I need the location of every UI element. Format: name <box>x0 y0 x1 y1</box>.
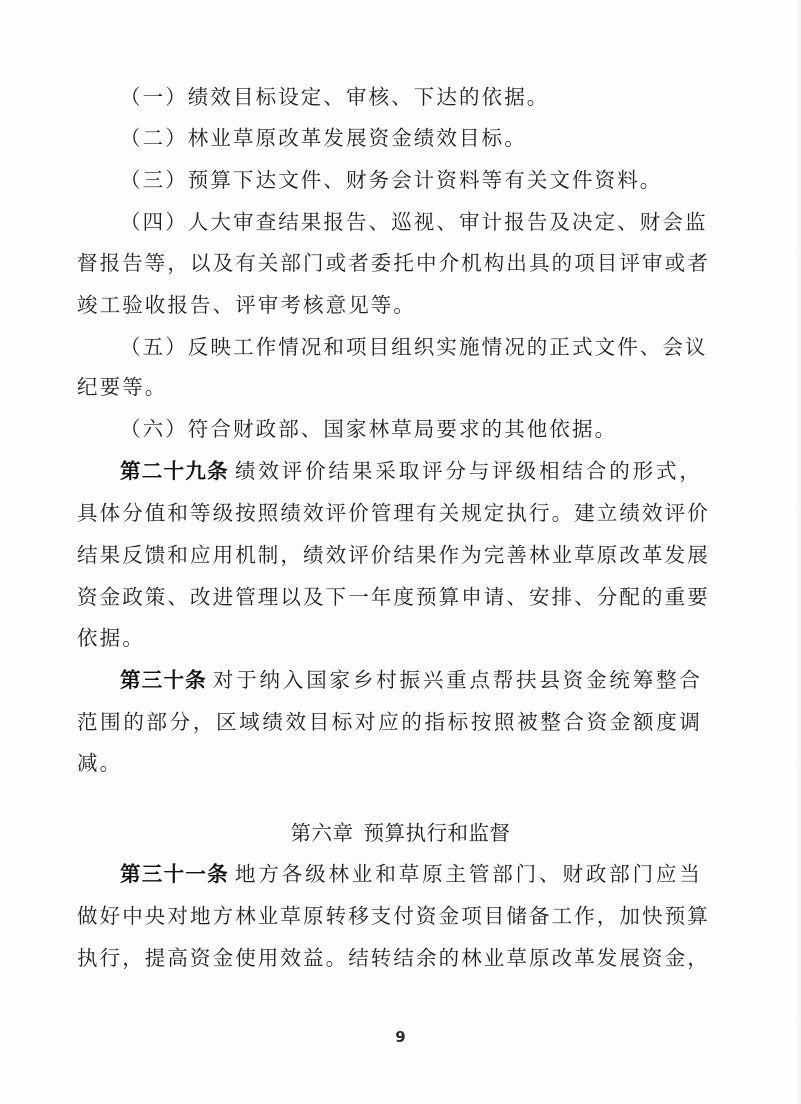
paragraph-line: 具体分值和等级按照绩效评价管理有关规定执行。建立绩效评价 <box>77 498 702 528</box>
line-text: 减。 <box>77 751 122 775</box>
article-number: 第二十九条 <box>120 459 229 483</box>
article-number: 第三十条 <box>120 668 207 692</box>
line-text: （二）林业草原改革发展资金绩效目标。 <box>120 126 527 150</box>
line-text: （四）人大审查结果报告、巡视、审计报告及决定、财会监 <box>120 210 708 234</box>
line-text: （五）反映工作情况和项目组织实施情况的正式文件、会议 <box>120 335 708 359</box>
article-31: 第三十一条地方各级林业和草原主管部门、财政部门应当 <box>120 859 702 889</box>
list-item-basis-2: （二）林业草原改革发展资金绩效目标。 <box>120 123 702 153</box>
line-text: 纪要等。 <box>77 375 167 399</box>
page-number: 9 <box>0 1028 801 1046</box>
line-text: 对于纳入国家乡村振兴重点帮扶县资金统筹整合 <box>213 668 702 692</box>
list-item-basis-6: （六）符合财政部、国家林草局要求的其他依据。 <box>120 414 702 444</box>
line-text: 结果反馈和应用机制，绩效评价结果作为完善林业草原改革发展 <box>77 543 710 567</box>
paragraph-line: 做好中央对地方林业草原转移支付资金项目储备工作，加快预算 <box>77 901 702 931</box>
paragraph-line: 执行，提高资金使用效益。结转结余的林业草原改革发展资金， <box>77 943 702 973</box>
list-item-basis-1: （一）绩效目标设定、审核、下达的依据。 <box>120 82 702 112</box>
article-29: 第二十九条绩效评价结果采取评分与评级相结合的形式， <box>120 456 702 486</box>
line-text: 竣工验收报告、评审考核意见等。 <box>77 293 416 317</box>
paragraph-line: 减。 <box>77 748 702 778</box>
line-text: 具体分值和等级按照绩效评价管理有关规定执行。建立绩效评价 <box>77 501 710 525</box>
line-text: 依据。 <box>77 626 145 650</box>
article-30: 第三十条对于纳入国家乡村振兴重点帮扶县资金统筹整合 <box>120 665 702 695</box>
list-item-basis-4: （四）人大审查结果报告、巡视、审计报告及决定、财会监 <box>120 207 702 237</box>
paragraph-line: 资金政策、改进管理以及下一年度预算申请、安排、分配的重要 <box>77 582 702 612</box>
paragraph-line: 督报告等，以及有关部门或者委托中介机构出具的项目评审或者 <box>77 248 702 278</box>
line-text: 绩效评价结果采取评分与评级相结合的形式， <box>235 459 702 483</box>
paragraph-line: 依据。 <box>77 623 702 653</box>
line-text: 资金政策、改进管理以及下一年度预算申请、安排、分配的重要 <box>77 585 710 609</box>
chapter-title: 预算执行和监督 <box>364 821 511 845</box>
document-page: （一）绩效目标设定、审核、下达的依据。 （二）林业草原改革发展资金绩效目标。 （… <box>0 0 801 1104</box>
article-number: 第三十一条 <box>120 862 229 886</box>
line-text: 范围的部分，区域绩效目标对应的指标按照被整合资金额度调 <box>77 710 702 734</box>
line-text: 督报告等，以及有关部门或者委托中介机构出具的项目评审或者 <box>77 251 710 275</box>
paragraph-line: 竣工验收报告、评审考核意见等。 <box>77 290 702 320</box>
line-text: （六）符合财政部、国家林草局要求的其他依据。 <box>120 417 617 441</box>
line-text: （一）绩效目标设定、审核、下达的依据。 <box>120 85 549 109</box>
paragraph-line: 结果反馈和应用机制，绩效评价结果作为完善林业草原改革发展 <box>77 540 702 570</box>
paragraph-line: 范围的部分，区域绩效目标对应的指标按照被整合资金额度调 <box>77 707 702 737</box>
list-item-basis-5: （五）反映工作情况和项目组织实施情况的正式文件、会议 <box>120 332 702 362</box>
scan-edge-shadow <box>795 0 801 1104</box>
line-text: 执行，提高资金使用效益。结转结余的林业草原改革发展资金， <box>77 946 710 970</box>
chapter-heading: 第六章预算执行和监督 <box>0 818 801 848</box>
line-text: （三）预算下达文件、财务会计资料等有关文件资料。 <box>120 168 662 192</box>
chapter-number: 第六章 <box>291 821 354 845</box>
paragraph-line: 纪要等。 <box>77 372 702 402</box>
line-text: 地方各级林业和草原主管部门、财政部门应当 <box>235 862 702 886</box>
list-item-basis-3: （三）预算下达文件、财务会计资料等有关文件资料。 <box>120 165 702 195</box>
line-text: 做好中央对地方林业草原转移支付资金项目储备工作，加快预算 <box>77 904 710 928</box>
